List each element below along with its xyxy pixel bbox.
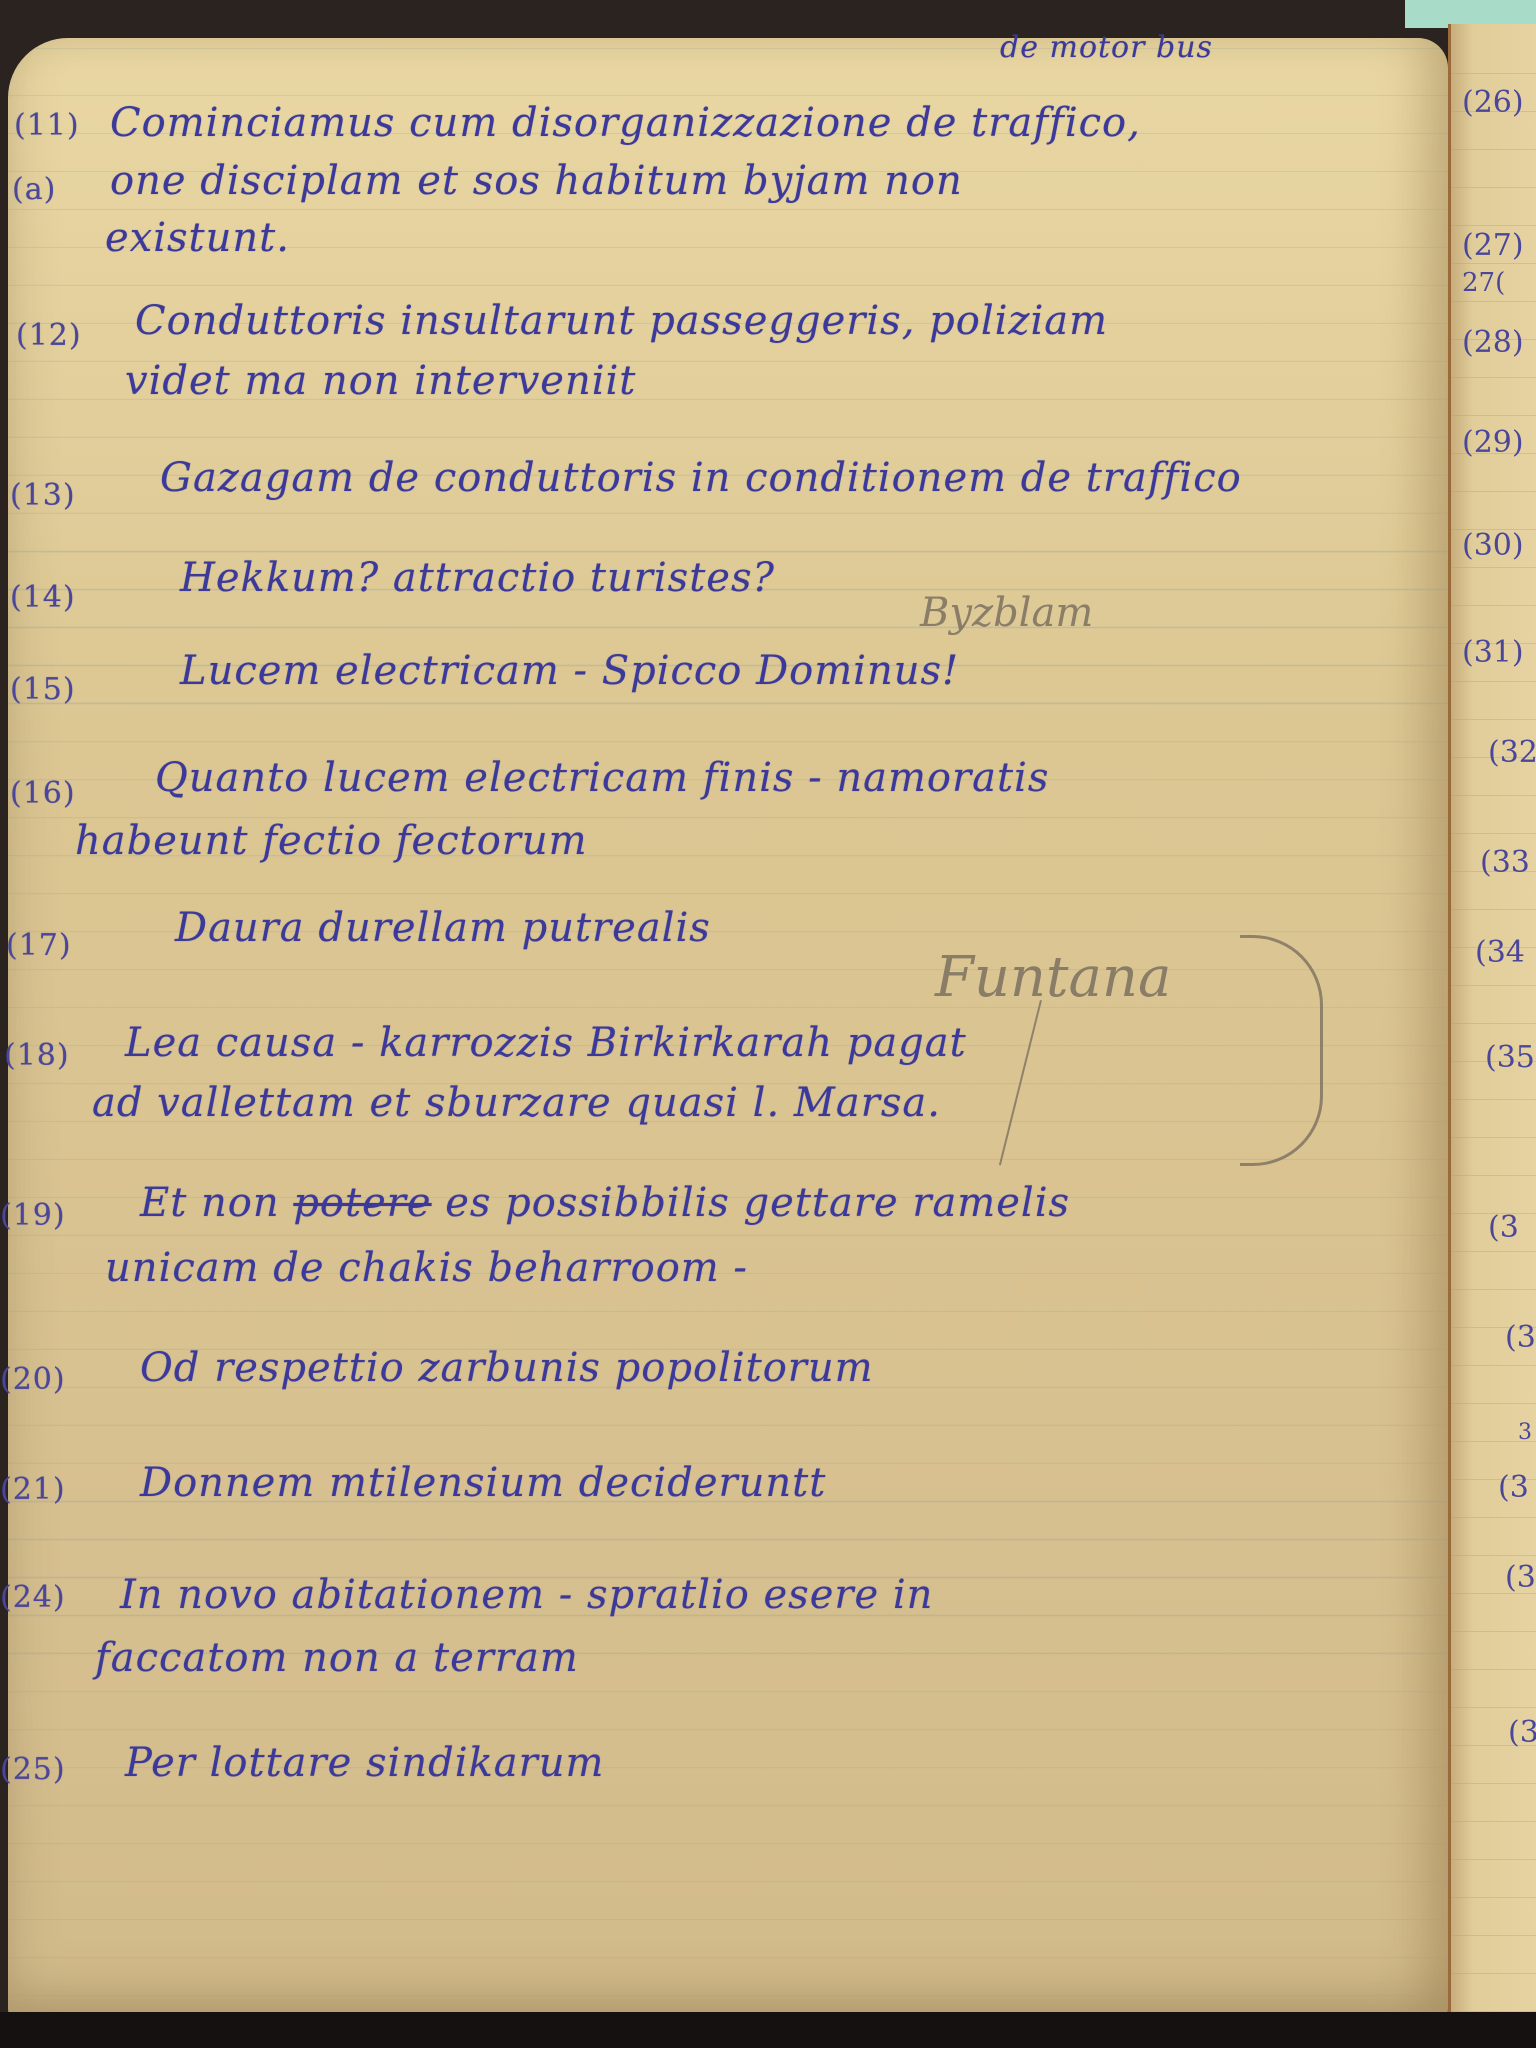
facing-entry-number: (30) — [1462, 528, 1524, 563]
entry-line: Quanto lucem electricam finis - namorati… — [155, 755, 1049, 801]
entry-text: es possibbilis gettare ramelis — [432, 1180, 1070, 1226]
facing-entry-number: (33 — [1480, 845, 1530, 880]
entry-number: (14) — [10, 580, 76, 615]
facing-entry-number: (32 — [1488, 735, 1536, 770]
entry-line: In novo abitationem - spratlio esere in — [120, 1572, 933, 1618]
entry-number: (16) — [10, 776, 76, 811]
entry-line: Conduttoris insultarunt passeggeris, pol… — [135, 298, 1108, 344]
entry-line: Od respettio zarbunis popolitorum — [140, 1345, 874, 1391]
facing-entry-number: (29) — [1462, 425, 1524, 460]
facing-entry-number: 3 — [1518, 1420, 1532, 1445]
facing-entry-number: (3 — [1505, 1320, 1536, 1355]
entry-line: ad vallettam et sburzare quasi l. Marsa. — [92, 1080, 941, 1126]
entry-text: Et non — [140, 1180, 293, 1226]
entry-number: (17) — [6, 928, 72, 963]
table-surface — [0, 2012, 1536, 2048]
facing-entry-number: (3 — [1508, 1715, 1536, 1750]
entry-number: (13) — [10, 478, 76, 513]
entry-line: Lea causa - karrozzis Birkirkarah pagat — [125, 1020, 967, 1066]
entry-number: (11) — [14, 108, 80, 143]
entry-sub-number: (a) — [12, 172, 56, 207]
entry-number: (25) — [0, 1752, 66, 1787]
entry-line: Cominciamus cum disorganizzazione de tra… — [110, 100, 1141, 146]
entry-line: Gazagam de conduttoris in conditionem de… — [160, 455, 1242, 501]
facing-entry-number: (3 — [1505, 1560, 1536, 1595]
entry-number: (19) — [0, 1198, 66, 1233]
entry-line: faccatom non a terram — [95, 1635, 579, 1681]
entry-number: (15) — [10, 672, 76, 707]
entry-line: one disciplam et sos habitum byjam non — [110, 158, 963, 204]
entry-line: Per lottare sindikarum — [125, 1740, 604, 1786]
entry-number: (20) — [0, 1362, 66, 1397]
entry-line: existunt. — [105, 215, 290, 261]
entry-line: Et non potere es possibbilis gettare ram… — [140, 1180, 1070, 1226]
entry-line: Daura durellam putrealis — [175, 905, 711, 951]
facing-entry-number: 27( — [1462, 268, 1505, 298]
entry-line: Lucem electricam - Spicco Dominus! — [180, 648, 959, 694]
header-note: de motor bus — [1000, 30, 1213, 65]
facing-entry-number: (28) — [1462, 325, 1524, 360]
entry-number: (18) — [4, 1038, 70, 1073]
entry-line: Donnem mtilensium decideruntt — [140, 1460, 826, 1506]
pencil-annotation: Byzblam — [920, 590, 1093, 636]
entry-number: (12) — [16, 318, 82, 353]
facing-entry-number: (27) — [1462, 228, 1524, 263]
facing-entry-number: (26) — [1462, 85, 1524, 120]
entry-number: (24) — [0, 1580, 66, 1615]
entry-line: videt ma non interveniit — [125, 358, 636, 404]
facing-entry-number: (3 — [1488, 1210, 1519, 1245]
facing-entry-number: (3 — [1498, 1470, 1529, 1505]
entry-line: unicam de chakis beharroom - — [105, 1245, 748, 1291]
facing-entry-number: (31) — [1462, 635, 1524, 670]
struck-word: potere — [293, 1180, 431, 1226]
facing-entry-number: (35 — [1485, 1040, 1535, 1075]
pencil-bracket — [1240, 935, 1323, 1166]
facing-entry-number: (34 — [1475, 935, 1525, 970]
entry-line: Hekkum? attractio turistes? — [180, 555, 775, 601]
entry-line: habeunt fectio fectorum — [75, 818, 588, 864]
pencil-annotation: Funtana — [935, 945, 1171, 1010]
entry-number: (21) — [0, 1472, 66, 1507]
